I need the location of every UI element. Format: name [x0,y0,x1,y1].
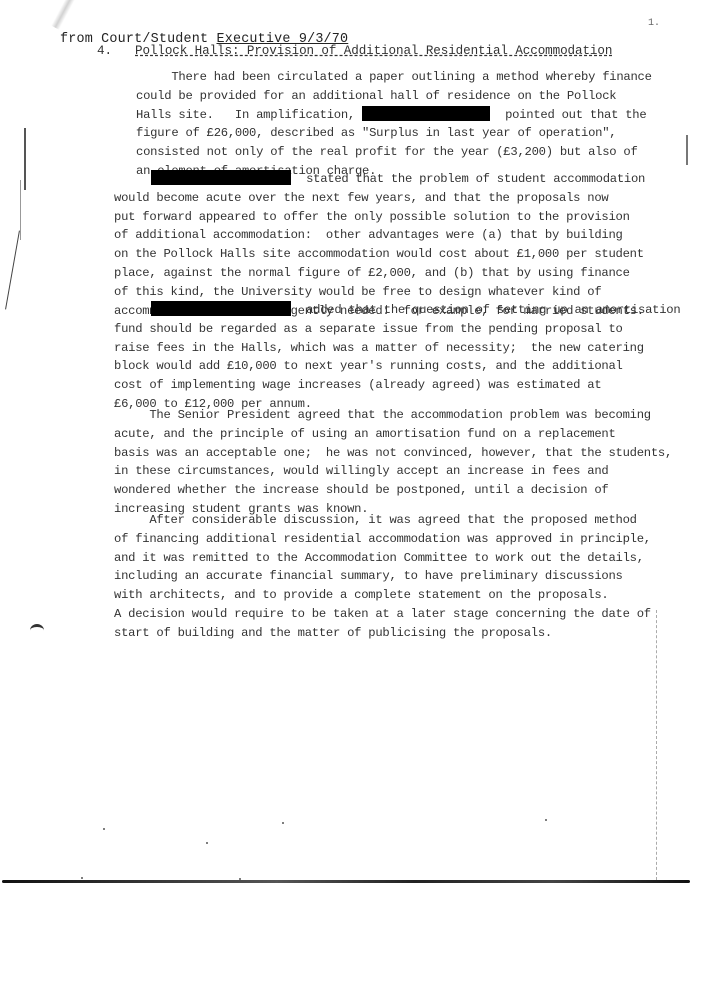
text-line: in these circumstances, would willingly … [114,462,672,481]
section-heading: 4.Pollock Halls: Provision of Additional… [97,44,612,58]
paragraph-3: added that the question of setting up an… [114,301,680,414]
right-margin-mark [686,135,688,165]
text-line: There had been circulated a paper outlin… [136,68,652,87]
speck [103,828,105,830]
page-bottom-edge [2,880,690,883]
text-line: of this kind, the University would be fr… [114,283,645,302]
section-title: Pollock Halls: Provision of Additional R… [135,44,612,58]
text-line: acute, and the principle of using an amo… [114,425,672,444]
text-line: of additional accommodation: other advan… [114,226,645,245]
text-line: cost of implementing wage increases (alr… [114,376,680,395]
corner-mark: 1. [648,18,660,29]
text-line: A decision would require to be taken at … [114,605,651,624]
speck [206,842,208,844]
text-line: including an accurate financial summary,… [114,567,651,586]
text-line: on the Pollock Halls site accommodation … [114,245,645,264]
section-number: 4. [97,44,135,58]
text-line: added that the question of setting up an… [114,301,680,320]
text-line: would become acute over the next few yea… [114,189,645,208]
text-line: wondered whether the increase should be … [114,481,672,500]
text-line: put forward appeared to offer the only p… [114,208,645,227]
text-line: Halls site. In amplification, pointed ou… [136,106,652,125]
text-line: with architects, and to provide a comple… [114,586,651,605]
scan-artifact [30,624,44,637]
text-line: and it was remitted to the Accommodation… [114,549,651,568]
scan-artifact [656,610,658,880]
speck [282,822,284,824]
paragraph-5: After considerable discussion, it was ag… [114,511,651,643]
text-line: After considerable discussion, it was ag… [114,511,651,530]
text-line: of financing additional residential acco… [114,530,651,549]
text-line: The Senior President agreed that the acc… [114,406,672,425]
paragraph-4: The Senior President agreed that the acc… [114,406,672,519]
paragraph-2: stated that the problem of student accom… [114,170,645,320]
text-line: could be provided for an additional hall… [136,87,652,106]
speck [545,819,547,821]
text-line: fund should be regarded as a separate is… [114,320,680,339]
text-line: figure of £26,000, described as "Surplus… [136,124,652,143]
paragraph-1: There had been circulated a paper outlin… [136,68,652,181]
text-line: consisted not only of the real profit fo… [136,143,652,162]
scanned-document-page: 1. from Court/Student Executive 9/3/70 4… [0,0,712,1007]
speck [81,877,83,879]
scan-streak [51,0,78,30]
redaction-box [151,170,291,185]
text-line: block would add £10,000 to next year's r… [114,357,680,376]
text-line: stated that the problem of student accom… [114,170,645,189]
text-line: raise fees in the Halls, which was a mat… [114,339,680,358]
left-margin-mark [24,128,26,190]
redaction-box [151,301,291,316]
text-line: place, against the normal figure of £2,0… [114,264,645,283]
left-margin-mark [5,231,20,310]
left-margin-mark [20,180,21,240]
redaction-box [362,106,490,121]
text-line: basis was an acceptable one; he was not … [114,444,672,463]
text-line: start of building and the matter of publ… [114,624,651,643]
